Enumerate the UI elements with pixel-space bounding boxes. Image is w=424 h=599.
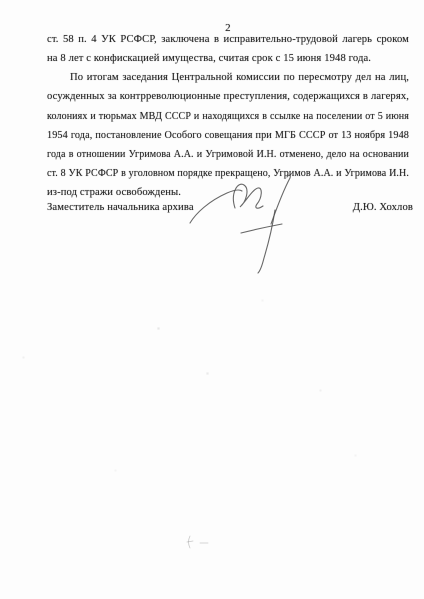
text-line: колониях и тюрьмах МВД СССР и находящихс…	[47, 107, 409, 126]
text-line: По итогам заседания Центральной комиссии…	[47, 68, 409, 87]
text-line: осужденных за контрреволюционные преступ…	[47, 87, 409, 106]
document-page: 2 ст. 58 п. 4 УК РСФСР, заключена в испр…	[0, 0, 424, 599]
text-line: ст. 58 п. 4 УК РСФСР, заключена в исправ…	[47, 30, 409, 49]
text-line: на 8 лет с конфискацией имущества, счита…	[47, 49, 409, 68]
scan-noise-specks	[0, 0, 1, 1]
signature-name: Д.Ю. Хохлов	[353, 201, 413, 215]
text-line: года в отношении Угримова А.А. и Угримов…	[47, 145, 409, 164]
signature-title: Заместитель начальника архива	[47, 201, 194, 215]
faint-pencil-mark	[184, 533, 212, 551]
text-line: 1954 года, постановление Особого совещан…	[47, 126, 409, 145]
handwritten-signature-icon	[185, 170, 300, 280]
